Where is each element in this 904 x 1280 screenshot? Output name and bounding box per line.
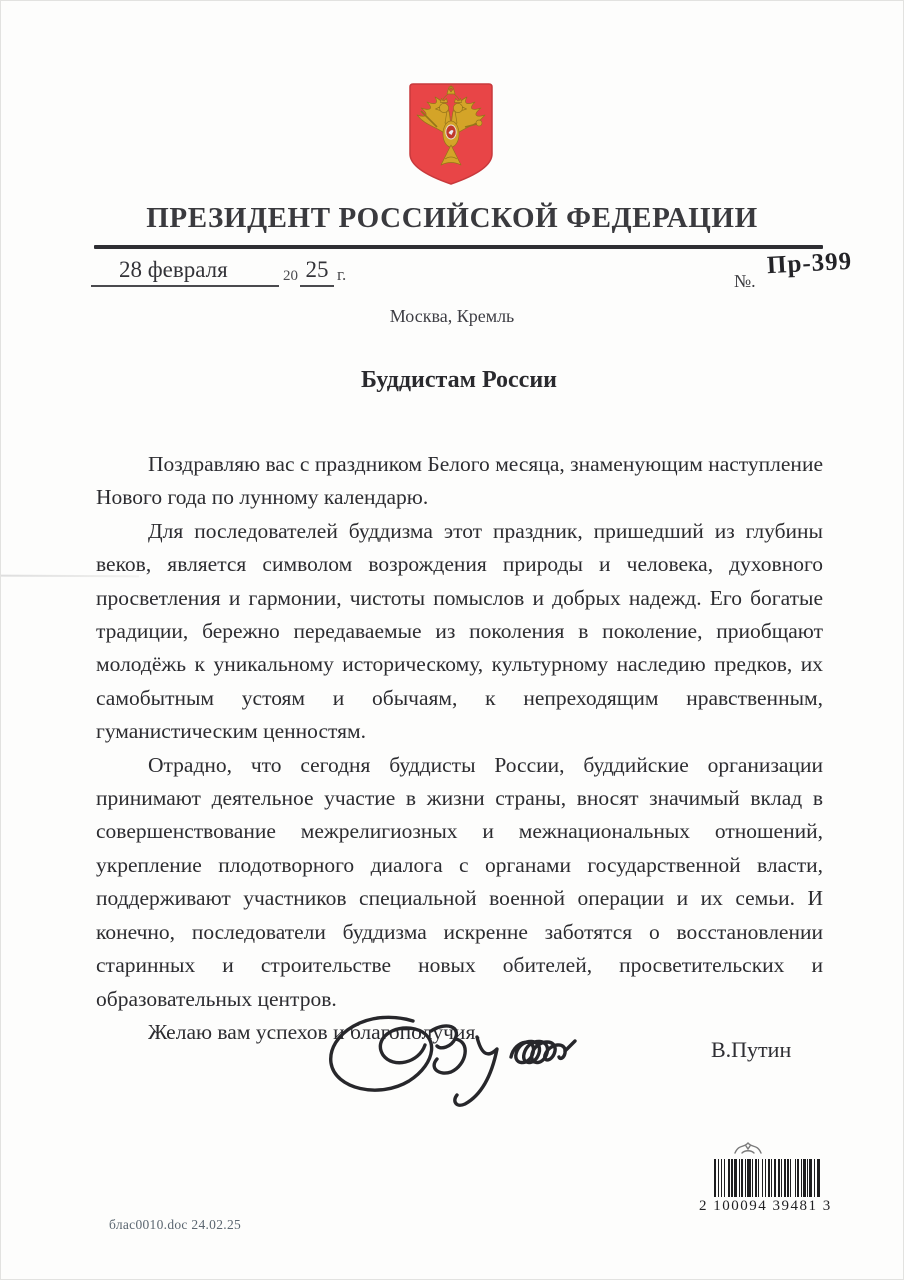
document-number-value: Пр-399 — [766, 248, 853, 280]
document-number-label: №. — [734, 271, 756, 292]
body-paragraph: Отрадно, что сегодня буддисты России, бу… — [96, 749, 823, 1016]
place-line: Москва, Кремль — [1, 306, 903, 327]
body-paragraph: Для последователей буддизма этот праздни… — [96, 515, 823, 749]
barcode-block: 2 100094 39481 3 — [699, 1139, 831, 1215]
date-suffix: г. — [334, 265, 346, 287]
russian-coat-of-arms-icon — [407, 81, 495, 187]
addressee-heading: Буддистам России — [361, 367, 557, 394]
date-year: 25 — [300, 257, 334, 287]
document-reference: блас0010.doc 24.02.25 — [109, 1217, 241, 1233]
body-paragraph: Поздравляю вас с праздником Белого месяц… — [96, 448, 823, 515]
barcode-bars — [714, 1159, 822, 1197]
letterhead-rule — [94, 245, 823, 249]
date-day-month: 28 февраля — [91, 257, 279, 287]
dateline: 28 февраля 20 25 г. — [91, 257, 346, 287]
signatory-name: В.Путин — [711, 1037, 791, 1063]
letterhead-title: ПРЕЗИДЕНТ РОССИЙСКОЙ ФЕДЕРАЦИИ — [1, 202, 903, 235]
barcode-eagle-icon — [731, 1139, 765, 1157]
scan-crease-mark — [1, 575, 139, 578]
barcode-digits: 2 100094 39481 3 — [699, 1198, 831, 1215]
date-century: 20 — [279, 268, 300, 287]
letter-body: Поздравляю вас с праздником Белого месяц… — [96, 448, 823, 1049]
putin-signature — [313, 1001, 705, 1113]
letter-page: ПРЕЗИДЕНТ РОССИЙСКОЙ ФЕДЕРАЦИИ 28 феврал… — [0, 0, 904, 1280]
